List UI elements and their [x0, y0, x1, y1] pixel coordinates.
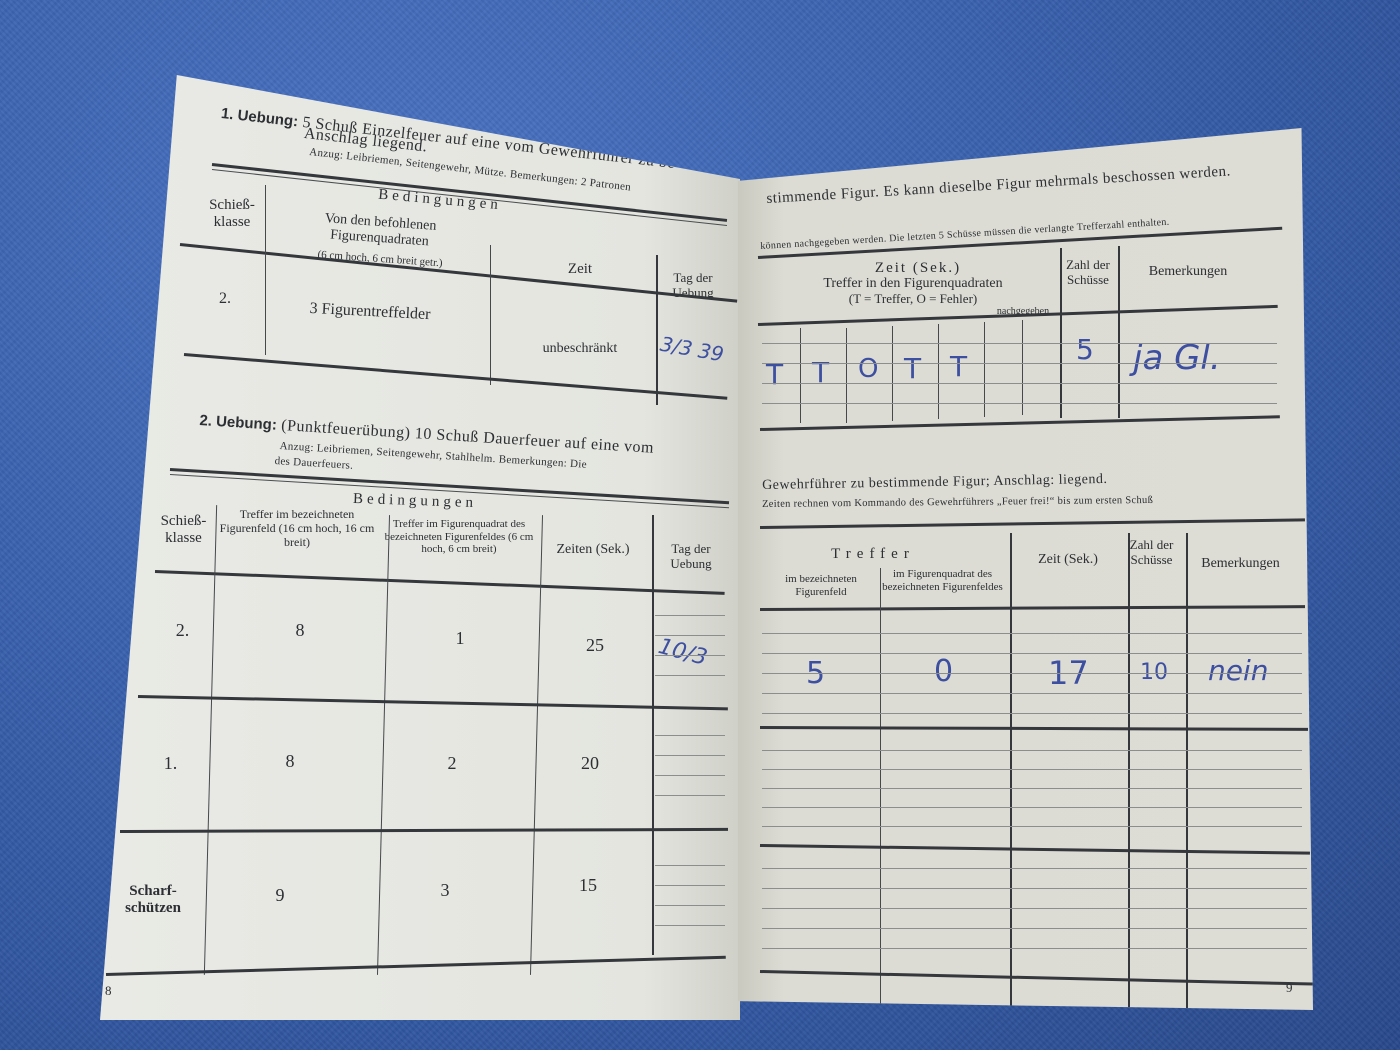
ex2-row1-time: 25 [565, 635, 625, 656]
ruling [655, 795, 725, 796]
ruling [762, 750, 1302, 751]
divider [1022, 320, 1023, 415]
treffer-header: Treffer [798, 546, 948, 563]
ruling [762, 403, 1277, 404]
page-number-right-visible: 9 [1286, 980, 1293, 996]
ruling [762, 633, 1302, 634]
ex1-row-condition: 3 Figurentreffelder [270, 298, 471, 327]
ruling [655, 675, 725, 676]
col-remarks-header-r1: Bemerkungen [1128, 264, 1248, 280]
divider [490, 245, 491, 385]
ruling [655, 885, 725, 886]
ruling [762, 948, 1307, 949]
ruling [762, 826, 1302, 827]
ruling [762, 653, 1302, 654]
ruling [762, 363, 1277, 364]
right-ex2-line1: Gewehrführer zu bestimmende Figur; Ansch… [762, 472, 1108, 494]
col-hits-header-r1: Treffer in den Figurenquadraten [778, 276, 1048, 292]
divider [377, 515, 390, 975]
col-field-header: im bezeichneten Figurenfeld [766, 573, 876, 598]
ruling [762, 807, 1302, 808]
rule [155, 570, 725, 595]
exercise2-line3: des Dauerfeuers. [274, 455, 353, 472]
right-page: stimmende Figur. Es kann dieselbe Figur … [738, 128, 1313, 1010]
rule [760, 605, 1305, 611]
ruling [655, 655, 725, 656]
entry-remarks: nein [1208, 654, 1269, 687]
ruling [655, 615, 725, 616]
ex1-row-date: 3/3 39 [658, 332, 725, 367]
rule [760, 970, 1315, 986]
rule [120, 828, 728, 833]
ex2-row1-hits-field: 8 [270, 620, 330, 641]
col-date-header-2: Tag der Uebung [656, 542, 726, 572]
ex2-row2-class: 1. [148, 753, 193, 774]
divider [265, 185, 266, 355]
left-page: 1. Uebung: 5 Schuß Einzelfeuer auf eine … [100, 75, 740, 1020]
remarks-r1: ja Gl. [1133, 338, 1221, 378]
divider [1010, 533, 1012, 1013]
divider [204, 505, 217, 975]
divider [892, 326, 893, 421]
ex2-row3-time: 15 [558, 875, 618, 896]
ruling [655, 635, 725, 636]
ruling [655, 905, 725, 906]
divider [656, 255, 658, 405]
col-remarks-header-r2: Bemerkungen [1183, 556, 1298, 572]
col-hits-sub-r1: (T = Treffer, O = Fehler) [808, 292, 1018, 307]
col-class-header-2: Schieß-klasse [156, 513, 211, 548]
rule [184, 353, 727, 400]
col-time-header-r2: Zeit (Sek.) [1018, 552, 1118, 568]
ruling [762, 343, 1277, 344]
divider [1060, 248, 1062, 418]
shots-count-r1: 5 [1076, 333, 1094, 366]
right-ex2-line2: Zeiten rechnen vom Kommando des Gewehrfü… [762, 495, 1153, 510]
ruling [655, 925, 725, 926]
ruling [655, 755, 725, 756]
col-square-header: im Figurenquadrat des bezeichneten Figur… [880, 568, 1005, 593]
ruling [762, 928, 1307, 929]
ruling [762, 868, 1307, 869]
col-times-header: Zeiten (Sek.) [538, 542, 648, 558]
hit-5: T [950, 350, 967, 383]
ruling [655, 775, 725, 776]
col-time-header: Zeit [530, 261, 630, 278]
ex2-row2-hits-field: 8 [260, 751, 320, 772]
divider [938, 324, 939, 419]
col-shots-header-r1: Zahl der Schüsse [1063, 258, 1113, 288]
page-number-left: 8 [105, 983, 112, 999]
rule [760, 726, 1308, 731]
rule [760, 415, 1280, 431]
exercise2-label: 2. Uebung: [199, 412, 277, 434]
divider [1118, 246, 1120, 418]
ruling [762, 888, 1307, 889]
ruling [762, 769, 1302, 770]
ruling [762, 788, 1302, 789]
ruling [655, 735, 725, 736]
ex2-row3-hits-square: 3 [415, 880, 475, 901]
col-class-header: Schieß-klasse [202, 197, 262, 232]
ruling [655, 865, 725, 866]
ex1-row-class: 2. [200, 290, 250, 308]
divider [1186, 533, 1188, 1023]
rule [760, 844, 1310, 855]
ex2-row1-date: 10/3 [656, 634, 710, 671]
ex2-row3-hits-field: 9 [250, 885, 310, 906]
hit-2: T [812, 356, 829, 389]
divider [1128, 533, 1130, 1018]
ex2-row2-hits-square: 2 [422, 753, 482, 774]
col-shots-header-r2: Zahl der Schüsse [1124, 538, 1179, 568]
hit-4: T [904, 352, 921, 385]
ex2-row1-class: 2. [160, 620, 205, 641]
ruling [762, 673, 1302, 674]
hit-3: O [858, 354, 878, 384]
rule [106, 956, 726, 976]
ex2-row3-class: Scharf-schützen [118, 883, 188, 918]
ex2-row1-hits-square: 1 [430, 628, 490, 649]
ex2-row2-time: 20 [560, 753, 620, 774]
rule [760, 518, 1305, 529]
ruling [762, 908, 1307, 909]
col-time-header-r1: Zeit (Sek.) [818, 260, 1018, 277]
ruling [762, 713, 1302, 714]
col-hits-field-header: Treffer im bezeichneten Figurenfeld (16 … [212, 508, 382, 549]
exercise1-label: 1. Uebung: [220, 105, 299, 130]
divider [652, 515, 654, 955]
col-hits-square-header: Treffer im Figurenquadrat des bezeichnet… [384, 518, 534, 556]
ex1-row-time: unbeschränkt [520, 341, 640, 357]
rule [138, 695, 728, 710]
entry-square: 0 [934, 654, 953, 689]
ruling [762, 693, 1302, 694]
ruling [762, 383, 1277, 384]
